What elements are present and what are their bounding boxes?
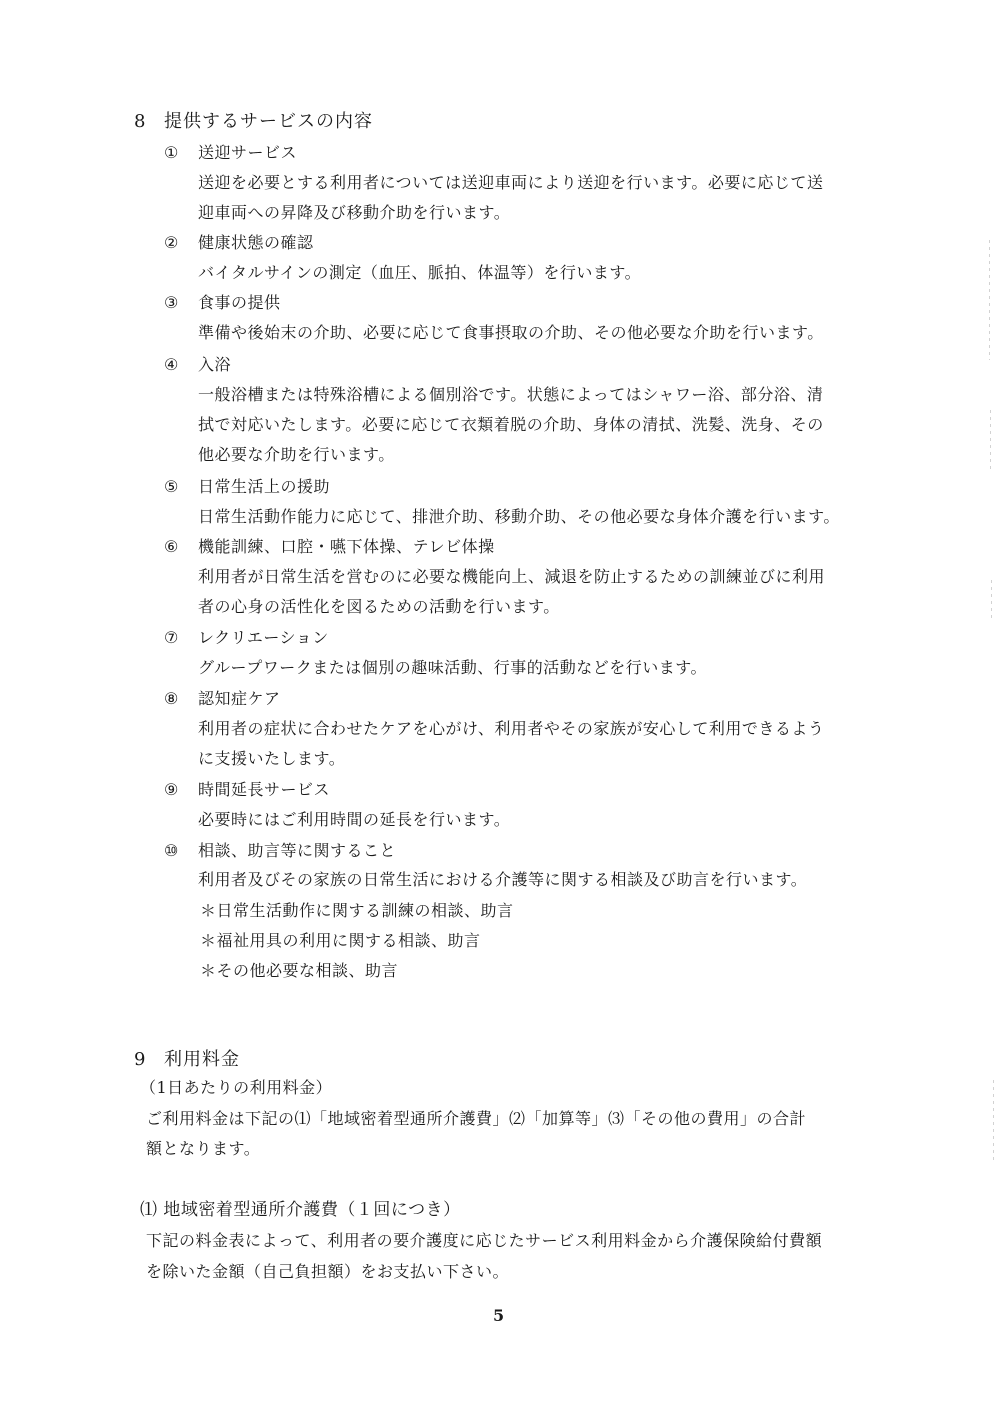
section-title: 利用料金 <box>164 1049 240 1070</box>
item-marker: ② <box>164 233 198 253</box>
item-marker: ③ <box>164 293 198 313</box>
item-marker: ⑤ <box>164 477 198 497</box>
item-title: 健康状態の確認 <box>198 233 314 252</box>
subsection-1-text: を除いた金額（自己負担額）をお支払い下さい。 <box>146 1262 509 1282</box>
item-marker: ⑧ <box>164 689 198 709</box>
item-title: 日常生活上の援助 <box>198 477 330 496</box>
item-1-title: ①送迎サービス <box>164 143 297 163</box>
section-9-subtitle: （1日あたりの利用料金） <box>140 1078 332 1098</box>
item-7-text: グループワークまたは個別の趣味活動、行事的活動などを行います。 <box>198 658 707 678</box>
item-5-title: ⑤日常生活上の援助 <box>164 477 330 497</box>
section-title: 提供するサービスの内容 <box>164 111 373 132</box>
item-10-bullet: ＊福祉用具の利用に関する相談、助言 <box>200 931 481 951</box>
item-title: 機能訓練、口腔・嚥下体操、テレビ体操 <box>198 537 495 556</box>
subsection-1-title: ⑴ 地域密着型通所介護費（１回につき） <box>140 1200 461 1220</box>
item-title: 時間延長サービス <box>198 780 330 799</box>
item-marker: ⑩ <box>164 841 198 861</box>
item-8-text: 利用者の症状に合わせたケアを心がけ、利用者やその家族が安心して利用できるよう <box>198 719 824 739</box>
section-9-intro: 額となります。 <box>146 1139 260 1159</box>
item-8-text: に支援いたします。 <box>198 749 345 769</box>
item-4-title: ④入浴 <box>164 355 231 375</box>
item-3-text: 準備や後始末の介助、必要に応じて食事摂取の介助、その他必要な介助を行います。 <box>198 323 824 343</box>
item-2-title: ②健康状態の確認 <box>164 233 314 253</box>
section-9-heading: 9利用料金 <box>134 1050 240 1070</box>
item-4-text: 他必要な介助を行います。 <box>198 445 395 465</box>
item-title: 相談、助言等に関すること <box>198 841 396 860</box>
item-marker: ④ <box>164 355 198 375</box>
item-4-text: 一般浴槽または特殊浴槽による個別浴です。状態によってはシャワー浴、部分浴、清 <box>198 385 823 405</box>
item-title: 送迎サービス <box>198 143 297 162</box>
item-title: 認知症ケア <box>198 689 281 708</box>
section-number: 9 <box>134 1050 164 1070</box>
item-6-text: 利用者が日常生活を営むのに必要な機能向上、減退を防止するための訓練並びに利用 <box>198 567 825 587</box>
item-title: レクリエーション <box>198 628 329 647</box>
item-2-text: バイタルサインの測定（血圧、脈拍、体温等）を行います。 <box>198 263 641 283</box>
scan-artifact <box>990 410 991 470</box>
item-10-text: 利用者及びその家族の日常生活における介護等に関する相談及び助言を行います。 <box>198 870 807 890</box>
section-8-heading: 8提供するサービスの内容 <box>134 112 373 132</box>
scan-artifact <box>991 580 992 620</box>
item-title: 食事の提供 <box>198 293 281 312</box>
item-title: 入浴 <box>198 355 231 374</box>
item-9-text: 必要時にはご利用時間の延長を行います。 <box>198 810 510 830</box>
item-marker: ⑨ <box>164 780 198 800</box>
scan-artifact <box>993 1080 994 1160</box>
page-number: 5 <box>493 1306 504 1325</box>
item-6-title: ⑥機能訓練、口腔・嚥下体操、テレビ体操 <box>164 537 495 557</box>
section-9-intro: ご利用料金は下記の⑴「地域密着型通所介護費」⑵「加算等」⑶「その他の費用」の合計 <box>146 1109 806 1129</box>
item-1-text: 送迎を必要とする利用者については送迎車両により送迎を行います。必要に応じて送 <box>198 173 823 193</box>
item-5-text: 日常生活動作能力に応じて、排泄介助、移動介助、その他必要な身体介護を行います。 <box>198 507 840 527</box>
item-3-title: ③食事の提供 <box>164 293 281 313</box>
item-6-text: 者の心身の活性化を図るための活動を行います。 <box>198 597 560 617</box>
document-page: 8提供するサービスの内容 ①送迎サービス 送迎を必要とする利用者については送迎車… <box>0 0 1000 1414</box>
item-8-title: ⑧認知症ケア <box>164 689 281 709</box>
section-number: 8 <box>134 112 164 132</box>
item-4-text: 拭で対応いたします。必要に応じて衣類着脱の介助、身体の清拭、洗髪、洗身、その <box>198 415 824 435</box>
item-10-bullet: ＊日常生活動作に関する訓練の相談、助言 <box>200 901 514 921</box>
item-9-title: ⑨時間延長サービス <box>164 780 330 800</box>
item-7-title: ⑦レクリエーション <box>164 628 329 648</box>
item-marker: ① <box>164 143 198 163</box>
subsection-1-text: 下記の料金表によって、利用者の要介護度に応じたサービス利用料金から介護保険給付費… <box>146 1231 822 1251</box>
item-10-title: ⑩相談、助言等に関すること <box>164 841 396 861</box>
scan-artifact <box>989 240 990 360</box>
item-marker: ⑦ <box>164 628 198 648</box>
item-marker: ⑥ <box>164 537 198 557</box>
item-10-bullet: ＊その他必要な相談、助言 <box>200 961 398 981</box>
item-1-text: 迎車両への昇降及び移動介助を行います。 <box>198 203 510 223</box>
